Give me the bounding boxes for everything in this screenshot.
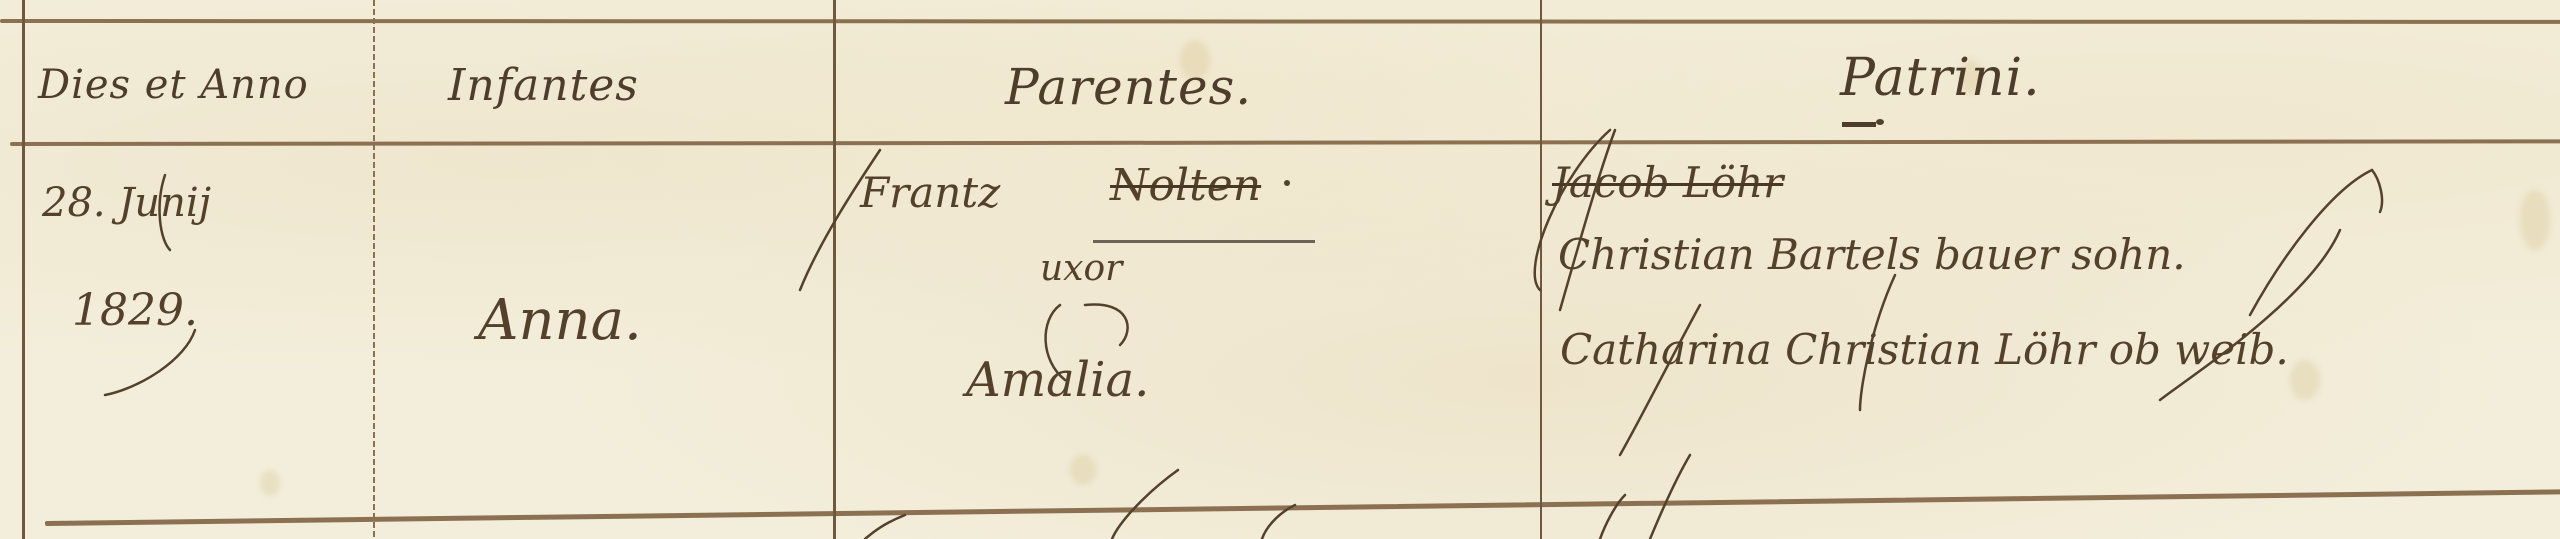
date-infant-divider — [373, 0, 375, 539]
header-infantes: Infantes — [448, 60, 639, 111]
infant-parents-divider — [833, 0, 836, 539]
entry-godparent-1: Jacob Löhr — [1552, 158, 1783, 207]
paper-stain — [2520, 190, 2550, 250]
patrini-header-flourish — [1842, 122, 1876, 127]
entry-father-name: Frantz — [860, 168, 1000, 217]
header-parentes: Parentes. — [1005, 58, 1252, 116]
paper-stain — [1070, 455, 1096, 485]
entry-date-day-month: 28. Junij — [42, 180, 211, 226]
paper-stain — [260, 470, 280, 496]
entry-godparent-3: Catharina Christian Löhr ob weib. — [1560, 325, 2289, 374]
entry-infant-name: Anna. — [478, 288, 642, 353]
entry-godparent-2: Christian Bartels bauer sohn. — [1558, 230, 2186, 279]
header-date: Dies et Anno — [38, 62, 309, 108]
header-patrini: Patrini. — [1840, 48, 2041, 108]
parents-patrini-divider — [1540, 0, 1542, 539]
paper-stain — [2290, 360, 2320, 400]
left-border-rule — [22, 0, 25, 539]
entry-mother-name: Amalia. — [966, 352, 1149, 408]
parents-divider-stroke — [1093, 240, 1315, 243]
entry-date-year: 1829. — [72, 285, 198, 336]
entry-uxor-label: uxor — [1040, 248, 1122, 289]
entry-father-surname-struck: Nolten — [1110, 160, 1261, 211]
